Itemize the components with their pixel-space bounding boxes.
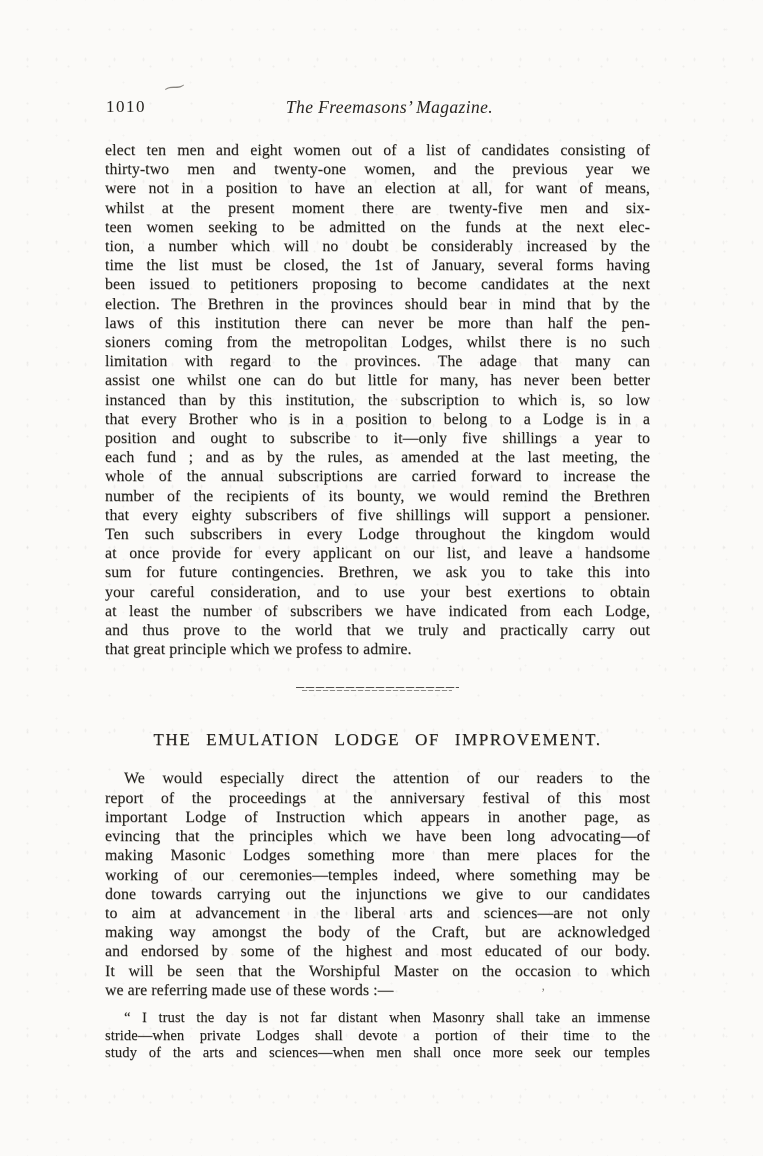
text-line: laws of this institution there can never… — [105, 314, 650, 333]
text-line: we are referring made use of these words… — [105, 981, 650, 1000]
text-line: at once provide for every applicant on o… — [105, 544, 650, 563]
text-line: It will be seen that the Worshipful Mast… — [105, 962, 650, 981]
text-line: that every eighty subscribers of five sh… — [105, 506, 650, 525]
text-line: important Lodge of Instruction which app… — [105, 808, 650, 827]
text-line: whole of the annual subscriptions are ca… — [105, 467, 650, 486]
text-line: limitation with regard to the provinces.… — [105, 352, 650, 371]
text-line: tion, a number which will no doubt be co… — [105, 237, 650, 256]
text-line: instanced than by this institution, the … — [105, 391, 650, 410]
text-block: 1010 The Freemasons’ Magazine. elect ten… — [105, 97, 650, 1063]
text-line: assist one whilst one can do but little … — [105, 371, 650, 390]
text-line: sioners coming from the metropolitan Lod… — [105, 333, 650, 352]
text-line: to aim at advancement in the liberal art… — [105, 904, 650, 923]
text-line: that every Brother who is in a position … — [105, 410, 650, 429]
text-line: and endorsed by some of the highest and … — [105, 942, 650, 961]
article-continuation-paragraph: elect ten men and eight women out of a l… — [105, 141, 650, 659]
text-line: were not in a position to have an electi… — [105, 179, 650, 198]
text-line: number of the recipients of its bounty, … — [105, 487, 650, 506]
text-line: thirty-two men and twenty-one women, and… — [105, 160, 650, 179]
text-line: making way amongst the body of the Craft… — [105, 923, 650, 942]
magazine-title: The Freemasons’ Magazine. — [117, 97, 662, 118]
page-header: 1010 The Freemasons’ Magazine. — [105, 97, 650, 117]
text-line: each fund ; and as by the rules, as amen… — [105, 448, 650, 467]
text-line: and thus prove to the world that we trul… — [105, 621, 650, 640]
text-line: that great principle which we profess to… — [105, 640, 650, 659]
text-line: study of the arts and sciences—when men … — [105, 1045, 650, 1063]
text-line: time the list must be closed, the 1st of… — [105, 256, 650, 275]
text-line: sum for future contingencies. Brethren, … — [105, 563, 650, 582]
text-line: at least the number of subscribers we ha… — [105, 602, 650, 621]
text-line: your careful consideration, and to use y… — [105, 583, 650, 602]
text-line: been issued to petitioners proposing to … — [105, 275, 650, 294]
blockquote-paragraph: “ I trust the day is not far distant whe… — [105, 1010, 650, 1063]
scanned-magazine-page: ⁓ ’ 1010 The Freemasons’ Magazine. elect… — [0, 0, 763, 1156]
text-line: report of the proceedings at the anniver… — [105, 789, 650, 808]
scan-smudge-mark: ⁓ — [163, 76, 187, 98]
text-line: done towards carrying out the injunction… — [105, 885, 650, 904]
text-line: position and ought to subscribe to it—on… — [105, 429, 650, 448]
text-line: “ I trust the day is not far distant whe… — [105, 1010, 650, 1028]
text-line: working of our ceremonies—temples indeed… — [105, 866, 650, 885]
section-divider-rule — [296, 686, 459, 691]
text-line: teen women seeking to be admitted on the… — [105, 218, 650, 237]
text-line: election. The Brethren in the provinces … — [105, 295, 650, 314]
article-opening-paragraph: We would especially direct the attention… — [105, 769, 650, 999]
text-line: making Masonic Lodges something more tha… — [105, 846, 650, 865]
text-line: Ten such subscribers in every Lodge thro… — [105, 525, 650, 544]
text-line: We would especially direct the attention… — [105, 769, 650, 788]
article-heading: THE EMULATION LODGE OF IMPROVEMENT. — [105, 729, 650, 750]
text-line: elect ten men and eight women out of a l… — [105, 141, 650, 160]
text-line: evincing that the principles which we ha… — [105, 827, 650, 846]
text-line: stride—when private Lodges shall devote … — [105, 1028, 650, 1046]
text-line: whilst at the present moment there are t… — [105, 199, 650, 218]
